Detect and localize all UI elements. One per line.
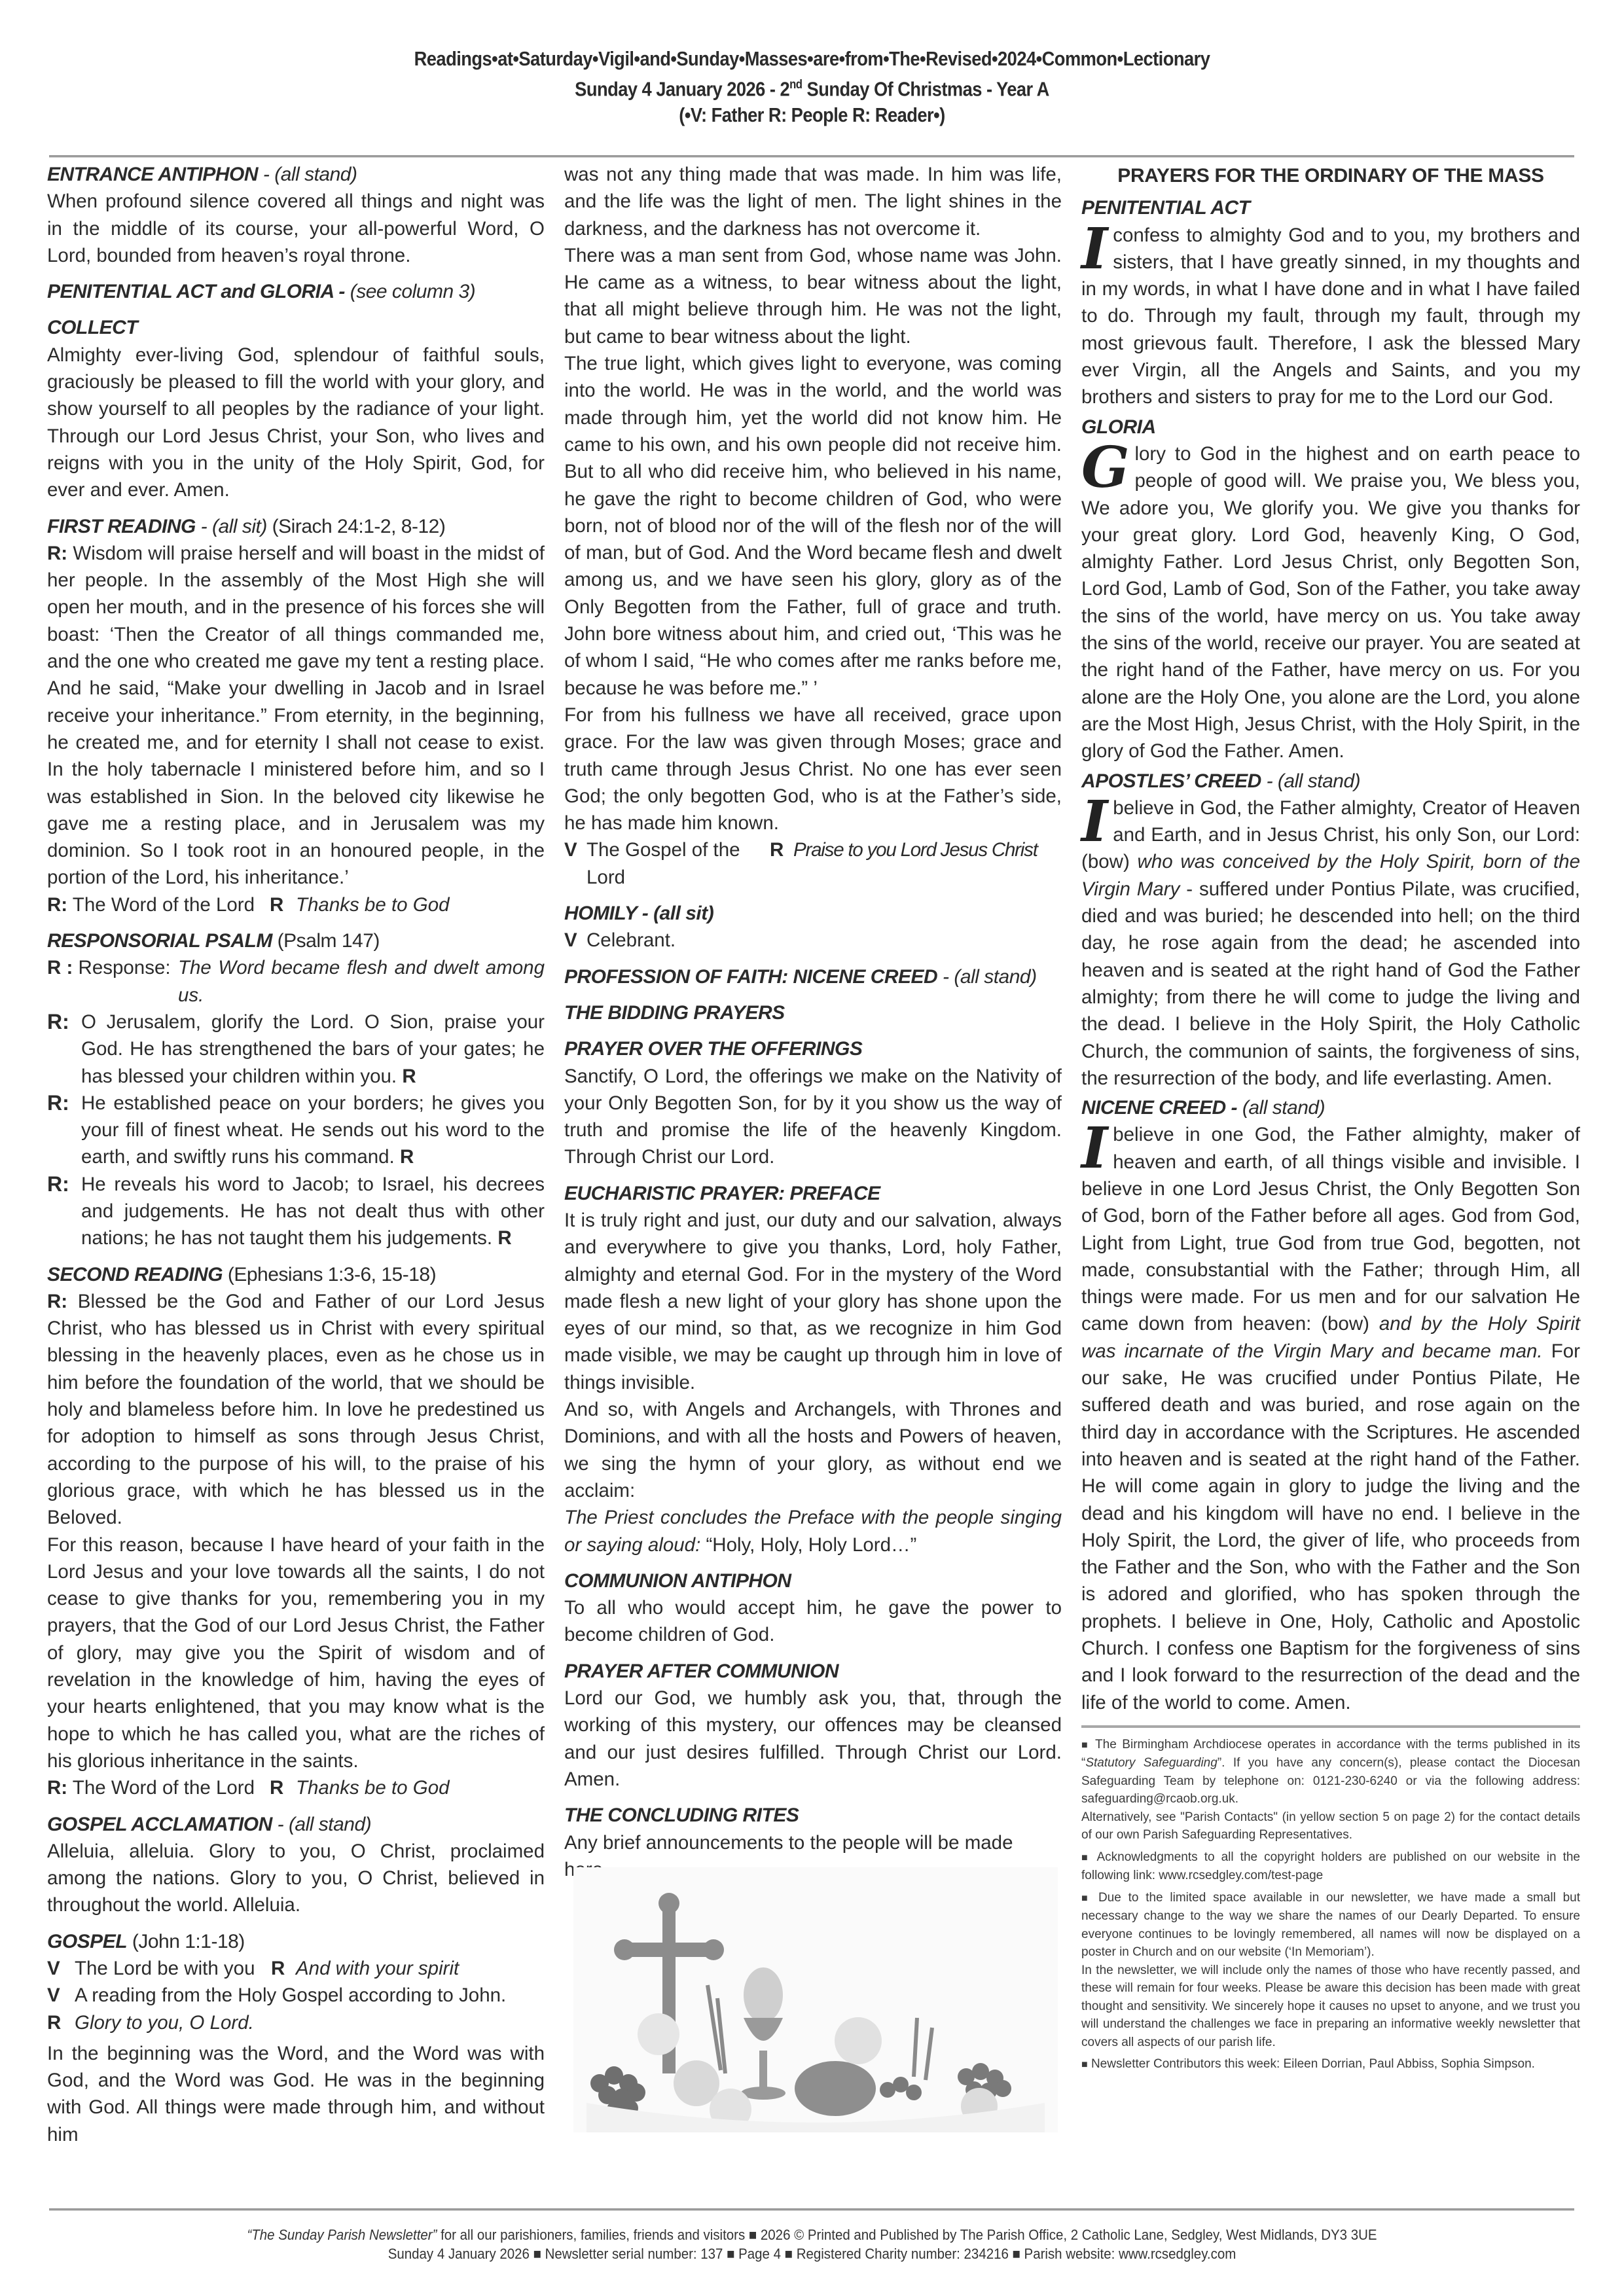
gospel: GOSPEL (John 1:1-18) V The Lord be with …: [47, 1928, 545, 2148]
entrance-antiphon: ENTRANCE ANTIPHON - (all stand) When pro…: [47, 161, 545, 269]
lectionary-note: Readings•at•Saturday•Vigil•and•Sunday•Ma…: [98, 46, 1526, 72]
safeguarding-notice: ■ The Birmingham Archdiocese operates in…: [1081, 1736, 1580, 1844]
column-3: PRAYERS FOR THE ORDINARY OF THE MASS PEN…: [1081, 161, 1580, 2078]
psalm-verse: R: O Jerusalem, glorify the Lord. O Sion…: [47, 1009, 545, 1090]
dropcap-i-icon: I: [1081, 1124, 1108, 1174]
role-legend: (•V: Father R: People R: Reader•): [98, 102, 1526, 128]
gospel-acclamation: GOSPEL ACCLAMATION - (all stand) Allelui…: [47, 1811, 545, 1919]
second-reading: SECOND READING (Ephesians 1:3-6, 15-18) …: [47, 1261, 545, 1802]
nicene-creed: NICENE CREED - (all stand) I believe in …: [1081, 1094, 1580, 1716]
acknowledgments-link[interactable]: www.rcsedgley.com/test-page: [1159, 1869, 1323, 1882]
parish-notices: ■ The Birmingham Archdiocese operates in…: [1081, 1736, 1580, 2074]
responsorial-psalm: RESPONSORIAL PSALM (Psalm 147) R : Respo…: [47, 927, 545, 1252]
gloria: GLORIA Glory to God in the highest and o…: [1081, 414, 1580, 765]
illustration-icon: [573, 1867, 1058, 2132]
penitential-act: PENITENTIAL ACT I confess to almighty Go…: [1081, 194, 1580, 410]
dropcap-i-icon: I: [1081, 797, 1108, 847]
dropcap-i-icon: I: [1081, 224, 1108, 274]
dearly-departed-notice: ■ Due to the limited space available in …: [1081, 1889, 1580, 2052]
section-title: ENTRANCE ANTIPHON: [47, 164, 258, 185]
psalm-response: R : Response: The Word became flesh and …: [47, 954, 545, 1009]
gospel-response: V The Gospel of the Lord R Praise to you…: [564, 836, 1062, 891]
reading-response: R: The Word of the Lord R Thanks be to G…: [47, 1774, 545, 1801]
prayer-after-communion: PRAYER AFTER COMMUNION Lord our God, we …: [564, 1658, 1062, 1793]
notes-divider: [1081, 1725, 1580, 1728]
acknowledgments-notice: ■ Acknowledgments to all the copyright h…: [1081, 1848, 1580, 1885]
bidding-prayers: THE BIDDING PRAYERS: [564, 999, 1062, 1026]
reading-response: R: The Word of the Lord R Thanks be to G…: [47, 891, 545, 918]
profession-of-faith: PROFESSION OF FAITH: NICENE CREED - (all…: [564, 963, 1062, 990]
date-heading: Sunday 4 January 2026 - 2nd Sunday Of Ch…: [98, 72, 1526, 102]
psalm-verse: R: He reveals his word to Jacob; to Isra…: [47, 1171, 545, 1252]
footer-divider: [49, 2208, 1574, 2211]
penitential-act-ref: PENITENTIAL ACT and GLORIA - (see column…: [47, 278, 545, 305]
bullet-square-icon: ■: [1081, 1852, 1091, 1863]
header-divider: [49, 155, 1574, 158]
page-header: Readings•at•Saturday•Vigil•and•Sunday•Ma…: [0, 46, 1624, 128]
homily: HOMILY - (all sit) VCelebrant.: [564, 900, 1062, 954]
eucharistic-preface: EUCHARISTIC PRAYER: PREFACE It is truly …: [564, 1180, 1062, 1558]
communion-antiphon: COMMUNION ANTIPHON To all who would acce…: [564, 1568, 1062, 1649]
collect: COLLECT Almighty ever-living God, splend…: [47, 314, 545, 503]
first-reading: FIRST READING - (all sit) (Sirach 24:1-2…: [47, 513, 545, 918]
ordinary-mass-title: PRAYERS FOR THE ORDINARY OF THE MASS: [1081, 162, 1580, 189]
dropcap-g-icon: G: [1081, 443, 1129, 493]
contributors-notice: ■ Newsletter Contributors this week: Eil…: [1081, 2055, 1580, 2074]
column-1: ENTRANCE ANTIPHON - (all stand) When pro…: [47, 161, 545, 2157]
prayer-over-offerings: PRAYER OVER THE OFFERINGS Sanctify, O Lo…: [564, 1035, 1062, 1170]
psalm-verse: R: He established peace on your borders;…: [47, 1090, 545, 1171]
column-2: was not any thing made that was made. In…: [564, 161, 1062, 1892]
page-footer: “The Sunday Parish Newsletter” for all o…: [0, 2225, 1624, 2263]
gospel-continued: was not any thing made that was made. In…: [564, 161, 1062, 891]
bullet-square-icon: ■: [1081, 1740, 1090, 1751]
cross-chalice-illustration: [573, 1867, 1058, 2132]
bullet-square-icon: ■: [1081, 2059, 1088, 2070]
bullet-square-icon: ■: [1081, 1893, 1091, 1904]
apostles-creed: APOSTLES’ CREED - (all stand) I believe …: [1081, 768, 1580, 1092]
